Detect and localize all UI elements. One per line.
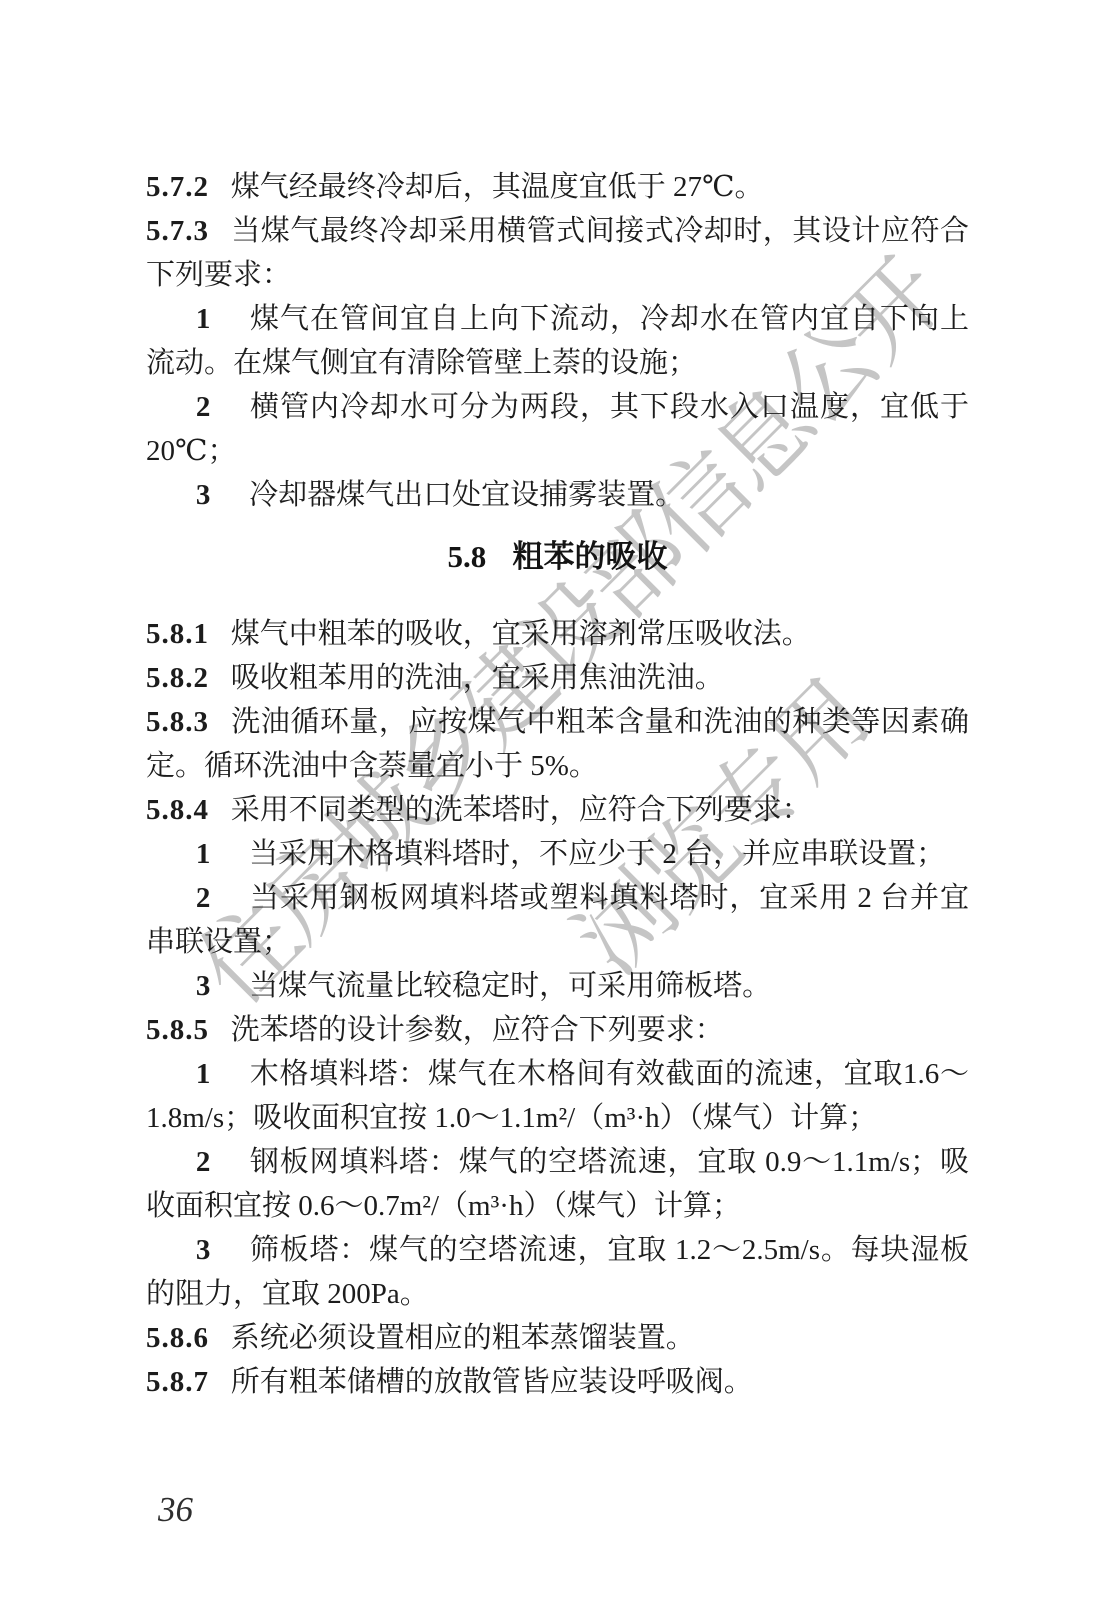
item-text: 横管内冷却水可分为两段，其下段水入口温度，宜低于 20℃； (146, 391, 969, 467)
item-number: 2 (196, 391, 212, 423)
clause-5.8.2: 5.8.2吸收粗苯用的洗油，宜采用焦油洗油。 (146, 656, 969, 700)
item-text: 木格填料塔：煤气在木格间有效截面的流速，宜取1.6～1.8m/s；吸收面积宜按 … (146, 1058, 969, 1134)
clause-number: 5.8.1 (146, 618, 209, 650)
list-item-1: 1木格填料塔：煤气在木格间有效截面的流速，宜取1.6～1.8m/s；吸收面积宜按… (146, 1052, 969, 1140)
clause-5.8.3: 5.8.3洗油循环量，应按煤气中粗苯含量和洗油的种类等因素确定。循环洗油中含萘量… (146, 700, 969, 788)
item-number: 1 (196, 838, 212, 870)
item-number: 3 (196, 1234, 212, 1266)
text-column: 5.7.2煤气经最终冷却后，其温度宜低于 27℃。 5.7.3当煤气最终冷却采用… (146, 165, 969, 1404)
clause-number: 5.8.4 (146, 794, 209, 826)
clause-text: 当煤气最终冷却采用横管式间接式冷却时，其设计应符合下列要求： (146, 215, 969, 291)
item-number: 1 (196, 303, 212, 335)
clause-number: 5.8.6 (146, 1322, 209, 1354)
list-item-1: 1当采用木格填料塔时，不应少于 2 台，并应串联设置； (146, 832, 969, 876)
clause-text: 洗油循环量，应按煤气中粗苯含量和洗油的种类等因素确定。循环洗油中含萘量宜小于 5… (146, 706, 969, 782)
item-text: 筛板塔：煤气的空塔流速，宜取 1.2～2.5m/s。每块湿板的阻力，宜取 200… (146, 1234, 969, 1310)
item-number: 3 (196, 479, 212, 511)
clause-5.8.5: 5.8.5洗苯塔的设计参数，应符合下列要求： (146, 1008, 969, 1052)
list-item-2: 2当采用钢板网填料塔或塑料填料塔时，宜采用 2 台并宜串联设置； (146, 876, 969, 964)
clause-number: 5.8.5 (146, 1014, 209, 1046)
clause-text: 吸收粗苯用的洗油，宜采用焦油洗油。 (231, 662, 724, 694)
list-item-3: 3筛板塔：煤气的空塔流速，宜取 1.2～2.5m/s。每块湿板的阻力，宜取 20… (146, 1228, 969, 1316)
clause-number: 5.7.2 (146, 171, 209, 203)
clause-number: 5.8.7 (146, 1366, 209, 1398)
clause-5.8.4: 5.8.4采用不同类型的洗苯塔时，应符合下列要求： (146, 788, 969, 832)
section-number: 5.8 (447, 539, 486, 574)
clause-5.7.3: 5.7.3当煤气最终冷却采用横管式间接式冷却时，其设计应符合下列要求： (146, 209, 969, 297)
list-item-2: 2横管内冷却水可分为两段，其下段水入口温度，宜低于 20℃； (146, 385, 969, 473)
clause-5.8.1: 5.8.1煤气中粗苯的吸收，宜采用溶剂常压吸收法。 (146, 612, 969, 656)
item-text: 当采用木格填料塔时，不应少于 2 台，并应串联设置； (249, 838, 945, 870)
list-item-2: 2钢板网填料塔：煤气的空塔流速，宜取 0.9～1.1m/s；吸收面积宜按 0.6… (146, 1140, 969, 1228)
item-text: 冷却器煤气出口处宜设捕雾装置。 (249, 479, 684, 511)
item-number: 1 (196, 1058, 212, 1090)
clause-5.7.2: 5.7.2煤气经最终冷却后，其温度宜低于 27℃。 (146, 165, 969, 209)
clause-text: 采用不同类型的洗苯塔时，应符合下列要求： (231, 794, 811, 826)
page-number: 36 (158, 1490, 193, 1530)
item-number: 2 (196, 882, 212, 914)
clause-number: 5.8.2 (146, 662, 209, 694)
section-heading-5.8: 5.8粗苯的吸收 (146, 535, 969, 579)
clause-text: 所有粗苯储槽的放散管皆应装设呼吸阀。 (231, 1366, 753, 1398)
list-item-1: 1煤气在管间宜自上向下流动，冷却水在管内宜自下向上流动。在煤气侧宜有清除管壁上萘… (146, 297, 969, 385)
clause-5.8.6: 5.8.6系统必须设置相应的粗苯蒸馏装置。 (146, 1316, 969, 1360)
item-number: 2 (196, 1146, 212, 1178)
item-text: 当煤气流量比较稳定时，可采用筛板塔。 (249, 970, 771, 1002)
clause-text: 洗苯塔的设计参数，应符合下列要求： (231, 1014, 724, 1046)
item-text: 钢板网填料塔：煤气的空塔流速，宜取 0.9～1.1m/s；吸收面积宜按 0.6～… (146, 1146, 969, 1222)
item-number: 3 (196, 970, 212, 1002)
clause-text: 煤气中粗苯的吸收，宜采用溶剂常压吸收法。 (231, 618, 811, 650)
document-page: 住房城乡建设部信息公开 浏览专用 5.7.2煤气经最终冷却后，其温度宜低于 27… (0, 0, 1103, 1598)
item-text: 当采用钢板网填料塔或塑料填料塔时，宜采用 2 台并宜串联设置； (146, 882, 969, 958)
list-item-3: 3冷却器煤气出口处宜设捕雾装置。 (146, 473, 969, 517)
item-text: 煤气在管间宜自上向下流动，冷却水在管内宜自下向上流动。在煤气侧宜有清除管壁上萘的… (146, 303, 969, 379)
clause-number: 5.7.3 (146, 215, 209, 247)
clause-text: 系统必须设置相应的粗苯蒸馏装置。 (231, 1322, 695, 1354)
clause-5.8.7: 5.8.7所有粗苯储槽的放散管皆应装设呼吸阀。 (146, 1360, 969, 1404)
clause-number: 5.8.3 (146, 706, 209, 738)
section-title: 粗苯的吸收 (513, 539, 668, 574)
clause-text: 煤气经最终冷却后，其温度宜低于 27℃。 (231, 171, 764, 203)
list-item-3: 3当煤气流量比较稳定时，可采用筛板塔。 (146, 964, 969, 1008)
